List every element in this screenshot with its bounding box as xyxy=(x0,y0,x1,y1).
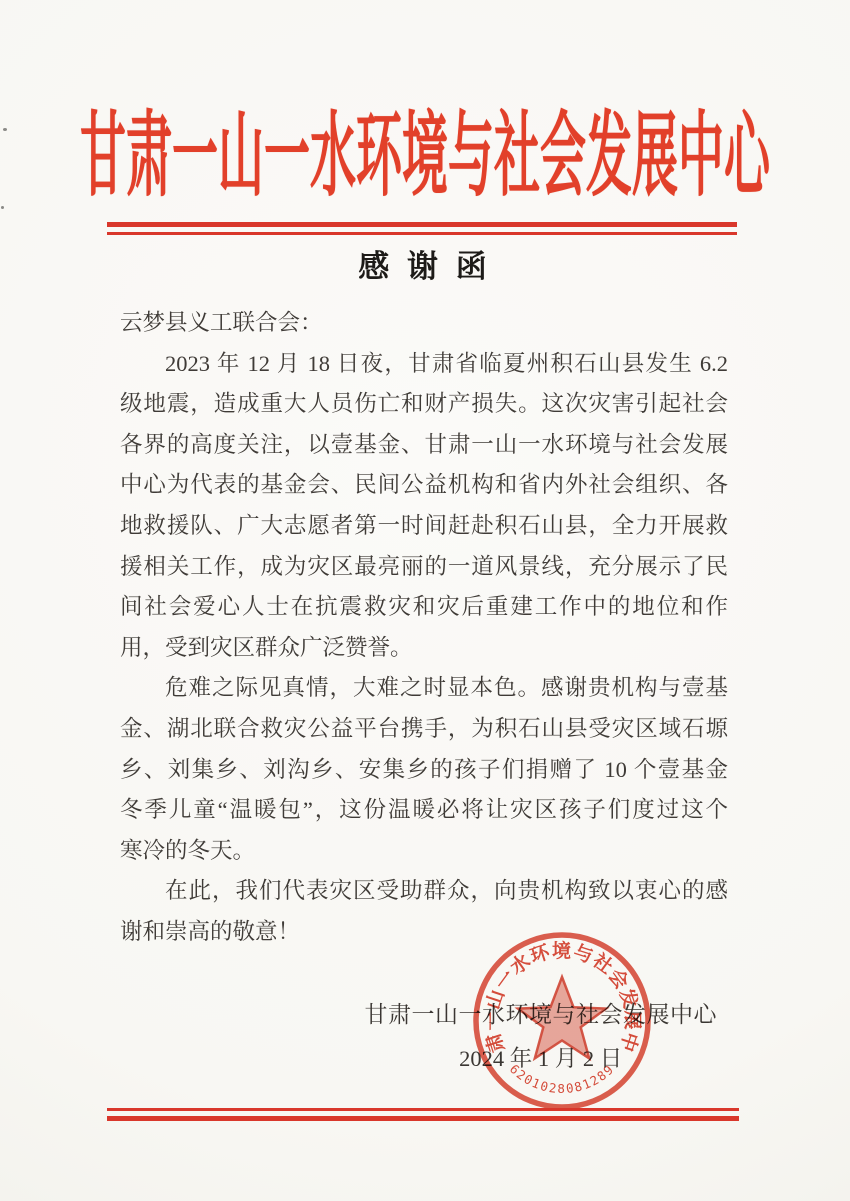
salutation: 云梦县义工联合会： xyxy=(120,303,728,344)
body-line: 金、湖北联合救灾公益平台携手，为积石山县受灾区域石塬 xyxy=(120,709,728,750)
body-line: 2023 年 12 月 18 日夜，甘肃省临夏州积石山县发生 6.2 xyxy=(120,344,728,385)
seal-code: 6201028081289 xyxy=(507,1061,617,1096)
body-line: 危难之际见真情，大难之时显本色。感谢贵机构与壹基 xyxy=(120,668,728,709)
body-line: 寒冷的冬天。 xyxy=(120,831,728,872)
document-title: 感 谢 函 xyxy=(0,247,850,287)
scanned-letter-page: 甘肃一山一水环境与社会发展中心 感 谢 函 云梦县义工联合会： 2023 年 1… xyxy=(0,0,850,1201)
official-seal-stamp: 甘肃一山一水环境与社会发展中心 6201028081289 xyxy=(462,921,662,1121)
body-line: 中心为代表的基金会、民间公益机构和省内外社会组织、各 xyxy=(120,465,728,506)
seal-star-icon xyxy=(518,977,606,1058)
letterhead-title: 甘肃一山一水环境与社会发展中心 xyxy=(80,110,770,202)
body-line: 地救援队、广大志愿者第一时间赶赴积石山县，全力开展救 xyxy=(120,506,728,547)
body-line: 乡、刘集乡、刘沟乡、安集乡的孩子们捐赠了 10 个壹基金 xyxy=(120,750,728,791)
body-line: 在此，我们代表灾区受助群众，向贵机构致以衷心的感 xyxy=(120,871,728,912)
body-line: 各界的高度关注，以壹基金、甘肃一山一水环境与社会发展 xyxy=(120,425,728,466)
body-line: 援相关工作，成为灾区最亮丽的一道风景线，充分展示了民 xyxy=(120,547,728,588)
body-line: 用，受到灾区群众广泛赞誉。 xyxy=(120,628,728,669)
letter-body: 云梦县义工联合会： 2023 年 12 月 18 日夜，甘肃省临夏州积石山县发生… xyxy=(120,303,728,953)
body-line: 冬季儿童“温暖包”，这份温暖必将让灾区孩子们度过这个 xyxy=(120,790,728,831)
scan-artifact xyxy=(1,206,4,209)
body-line: 间社会爱心人士在抗震救灾和灾后重建工作中的地位和作 xyxy=(120,587,728,628)
scan-artifact xyxy=(3,128,7,131)
body-line: 级地震，造成重大人员伤亡和财产损失。这次灾害引起社会 xyxy=(120,384,728,425)
svg-text:6201028081289: 6201028081289 xyxy=(507,1061,617,1096)
footer-divider-rule xyxy=(107,1108,739,1121)
letterhead-divider-rule xyxy=(107,222,737,235)
